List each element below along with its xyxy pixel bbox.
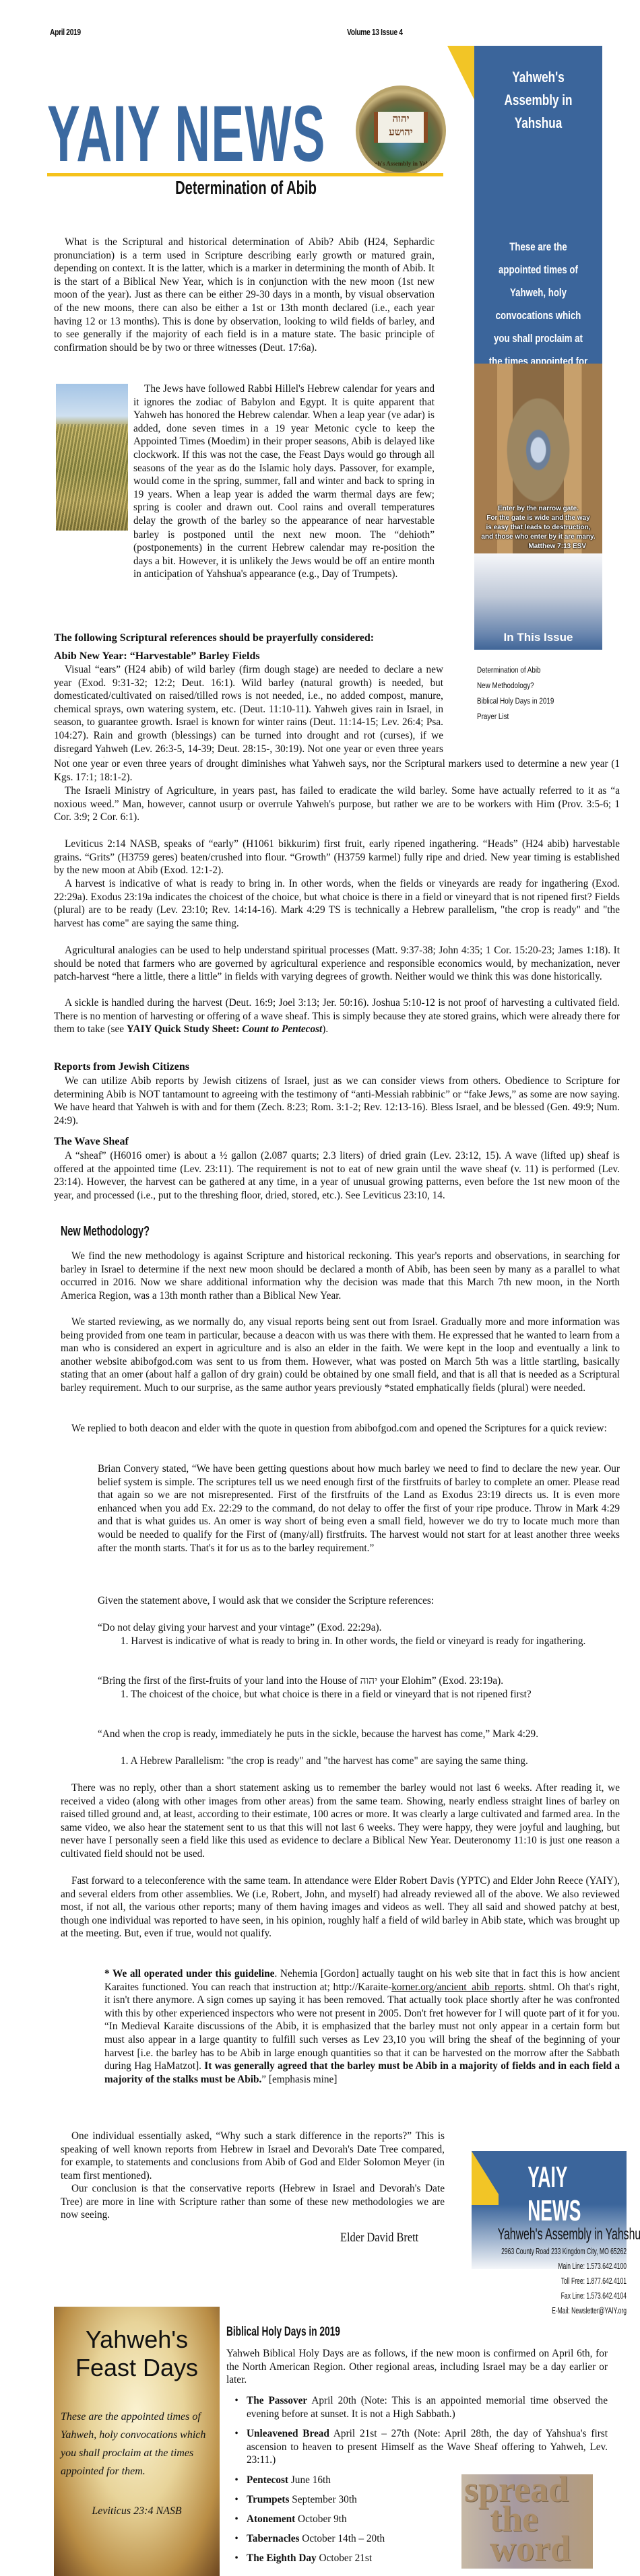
bullet-icon: • (226, 2513, 247, 2526)
contact-address: 2963 County Road 233 Kingdom City, MO 65… (498, 2244, 627, 2259)
photo-caption: Enter by the narrow gate. For the gate i… (474, 504, 602, 551)
torah-scroll-icon: יהוה יהושע (374, 112, 428, 143)
article1-paragraph-3: Visual “ears” (H24 abib) of wild barley … (54, 663, 443, 757)
author-signature: Elder David Brett (340, 2231, 418, 2245)
section-title-holy-days: Biblical Holy Days in 2019 (226, 2325, 340, 2340)
toc-item-prayer-list[interactable]: Prayer List (477, 710, 581, 725)
karaite-korner-link[interactable]: korner.org/ancient_abib_reports (391, 1981, 523, 1993)
bullet-icon: • (226, 2532, 247, 2546)
note-lead: * We all operated under this guideline (104, 1968, 274, 1979)
contact-block: Yahweh's Assembly in Yahshua 2963 County… (431, 2225, 627, 2318)
holy-day-pentecost: •Pentecost June 16th (226, 2474, 449, 2487)
paragraph-text: Visual “ears” (H24 abib) of wild barley … (54, 664, 443, 757)
study-sheet-ref: YAIY Quick Study Sheet: (127, 1023, 242, 1035)
feast-title-line2: Feast Days (54, 2354, 220, 2382)
feast-card-quote: These are the appointed times of Yahweh,… (61, 2408, 212, 2480)
feast-days-card: Yahweh's Feast Days These are the appoin… (54, 2307, 220, 2576)
verse-exodus-22: “Do not delay giving your harvest and yo… (98, 1621, 620, 1635)
caption-ref: Matthew 7:13 ESV (474, 542, 602, 551)
word-word: word (464, 2534, 593, 2563)
feast-title-line1: Yahweh's (54, 2326, 220, 2354)
bullet-icon: • (226, 2394, 247, 2420)
article1-paragraph-7: Agricultural analogies can be used to he… (54, 944, 620, 984)
holy-day-date: September 30th (289, 2494, 356, 2505)
paragraph-text-cont: The Jews have followed Rabbi Hillel's He… (54, 528, 435, 581)
article1-paragraph-10: A “sheaf” (H6016 omer) is about a ½ gall… (54, 1149, 620, 1202)
holy-day-eighth-day: •The Eighth Day October 21st (226, 2552, 449, 2565)
contact-fax: Fax Line: 1.573.642.4104 (498, 2289, 627, 2303)
toc-item-new-methodology[interactable]: New Methodology? (477, 679, 581, 694)
article2-paragraph-6: One individual essentially asked, “Why s… (61, 2130, 445, 2182)
bullet-icon: • (226, 2552, 247, 2565)
feast-card-ref: Leviticus 23:4 NASB (54, 2505, 220, 2517)
caption-line: For the gate is wide and the way (474, 514, 602, 523)
caption-line: and those who enter by it are many. (474, 533, 602, 542)
spread-the-word-image: spread the word (461, 2474, 593, 2569)
contact-main-line: Main Line: 1.573.642.4100 (498, 2259, 627, 2274)
logo-ring-text: Yahweh's Assembly in Yahshua (359, 160, 443, 167)
holy-day-name: The Passover (247, 2395, 307, 2406)
verse-mark-4-point: 1. A Hebrew Parallelism: "the crop is re… (98, 1755, 620, 1768)
verse-exodus-23-point: 1. The choicest of the choice, but what … (98, 1688, 620, 1701)
holy-day-unleavened-bread: •Unleavened Bread April 21st – 27th (Not… (226, 2427, 608, 2467)
paragraph-text: The Jews have followed Rabbi Hillel's He… (133, 383, 435, 528)
article1-paragraph-5: Leviticus 2:14 NASB, speaks of “early” (… (54, 838, 620, 877)
text: . shtml. Oh that's right, it isn't there… (104, 1981, 620, 2072)
holy-day-trumpets: •Trumpets September 30th (226, 2493, 449, 2507)
table-of-contents: Determination of Abib New Methodology? B… (477, 663, 598, 725)
logo-hebrew-1: יהוה (378, 112, 424, 125)
holy-day-name: The Eighth Day (247, 2552, 317, 2564)
bullet-icon: • (226, 2493, 247, 2507)
bullet-icon: • (226, 2427, 247, 2467)
holy-day-name: Tabernacles (247, 2533, 299, 2544)
article1-paragraph-3-end: Not one year or even three years of drou… (54, 757, 620, 784)
section-heading-harvestable: Abib New Year: “Harvestable” Barley Fiel… (54, 650, 620, 663)
refs-heading: The following Scriptural references shou… (54, 632, 620, 645)
sidebar-org-name: Yahweh's Assembly in Yahshua (488, 66, 588, 135)
toc-item-determination-of-abib[interactable]: Determination of Abib (477, 663, 581, 679)
given-statement: Given the statement above, I would ask t… (98, 1594, 620, 1608)
holy-day-atonement: •Atonement October 9th (226, 2513, 449, 2526)
sidebar-banner: Yahweh's Assembly in Yahshua These are t… (474, 46, 602, 396)
barley-field-photo (56, 384, 128, 531)
gold-divider (47, 173, 443, 176)
contact-email[interactable]: E-Mail: Newsletter@YAIY.org (498, 2303, 627, 2318)
toc-item-holy-days[interactable]: Biblical Holy Days in 2019 (477, 694, 581, 710)
article2-paragraph-2: We started reviewing, as we normally do,… (61, 1316, 620, 1395)
holy-day-name: Trumpets (247, 2494, 289, 2505)
article1-paragraph-8: A sickle is handled during the harvest (… (54, 996, 620, 1036)
article2-paragraph-3: We replied to both deacon and elder with… (61, 1422, 620, 1435)
brian-convery-quote: Brian Convery stated, “We have been gett… (98, 1462, 620, 1555)
article1-paragraph-2: The Jews have followed Rabbi Hillel's He… (133, 382, 435, 528)
article2-paragraph-5: Fast forward to a teleconference with th… (61, 1874, 620, 1940)
holy-day-date: October 21st (317, 2552, 372, 2564)
contact-toll-free: Toll Free: 1.877.642.4101 (498, 2274, 627, 2289)
feast-card-title: Yahweh's Feast Days (54, 2326, 220, 2382)
section-title-new-methodology: New Methodology? (61, 1224, 150, 1240)
verse-exodus-23: “Bring the first of the first-fruits of … (98, 1674, 620, 1688)
article1-paragraph-9: We can utilize Abib reports by Jewish ci… (54, 1075, 620, 1127)
article2-paragraph-4: There was no reply, other than a short s… (61, 1782, 620, 1861)
verse-mark-4: “And when the crop is ready, immediately… (98, 1728, 620, 1741)
holy-day-passover: •The Passover April 20th (Note: This is … (226, 2394, 608, 2420)
article1-paragraph-4: The Israeli Ministry of Agriculture, in … (54, 784, 620, 824)
masthead-title: YAIY NEWS (47, 94, 326, 174)
holy-day-date: June 16th (288, 2474, 331, 2486)
issue-volume: Volume 13 Issue 4 (347, 27, 403, 37)
text: ). (322, 1023, 328, 1035)
section-heading-jewish-citizens: Reports from Jewish Citizens (54, 1061, 620, 1073)
holy-days-intro: Yahweh Biblical Holy Days are as follows… (226, 2347, 608, 2387)
holy-day-name: Atonement (247, 2513, 295, 2525)
article1-paragraph-2-cont: The Jews have followed Rabbi Hillel's He… (54, 528, 435, 607)
holy-day-date: October 9th (295, 2513, 346, 2525)
holy-day-date: October 14th – 20th (299, 2533, 385, 2544)
article2-paragraph-1: We find the new methodology is against S… (61, 1250, 620, 1302)
article2-paragraph-7: Our conclusion is that the conservative … (61, 2182, 445, 2222)
text: ” [emphasis mine] (261, 2074, 337, 2085)
footer-masthead: YAIY NEWS (527, 2161, 612, 2228)
karaite-guideline-note: * We all operated under this guideline. … (104, 1967, 620, 2086)
issue-date: April 2019 (50, 27, 81, 37)
article1-paragraph-1: What is the Scriptural and historical de… (54, 236, 435, 354)
caption-line: Enter by the narrow gate. (474, 504, 602, 514)
holy-day-name: Unleavened Bread (247, 2428, 329, 2439)
bullet-icon: • (226, 2474, 247, 2487)
holy-day-tabernacles: •Tabernacles October 14th – 20th (226, 2532, 449, 2546)
article1-paragraph-6: A harvest is indicative of what is ready… (54, 877, 620, 930)
holy-day-name: Pentecost (247, 2474, 288, 2486)
article-title: Determination of Abib (103, 177, 389, 199)
narrow-gate-photo: Enter by the narrow gate. For the gate i… (474, 364, 602, 555)
verse-exodus-22-point: 1. Harvest is indicative of what is read… (98, 1635, 620, 1648)
contact-org: Yahweh's Assembly in Yahshua (498, 2225, 627, 2244)
assembly-logo: יהוה יהושע Yahweh's Assembly in Yahshua (356, 86, 446, 176)
section-heading-wave-sheaf: The Wave Sheaf (54, 1136, 620, 1148)
study-sheet-title: Count to Pentecost (242, 1023, 322, 1035)
logo-hebrew-2: יהושע (378, 125, 424, 139)
caption-line: is easy that leads to destruction, (474, 523, 602, 533)
